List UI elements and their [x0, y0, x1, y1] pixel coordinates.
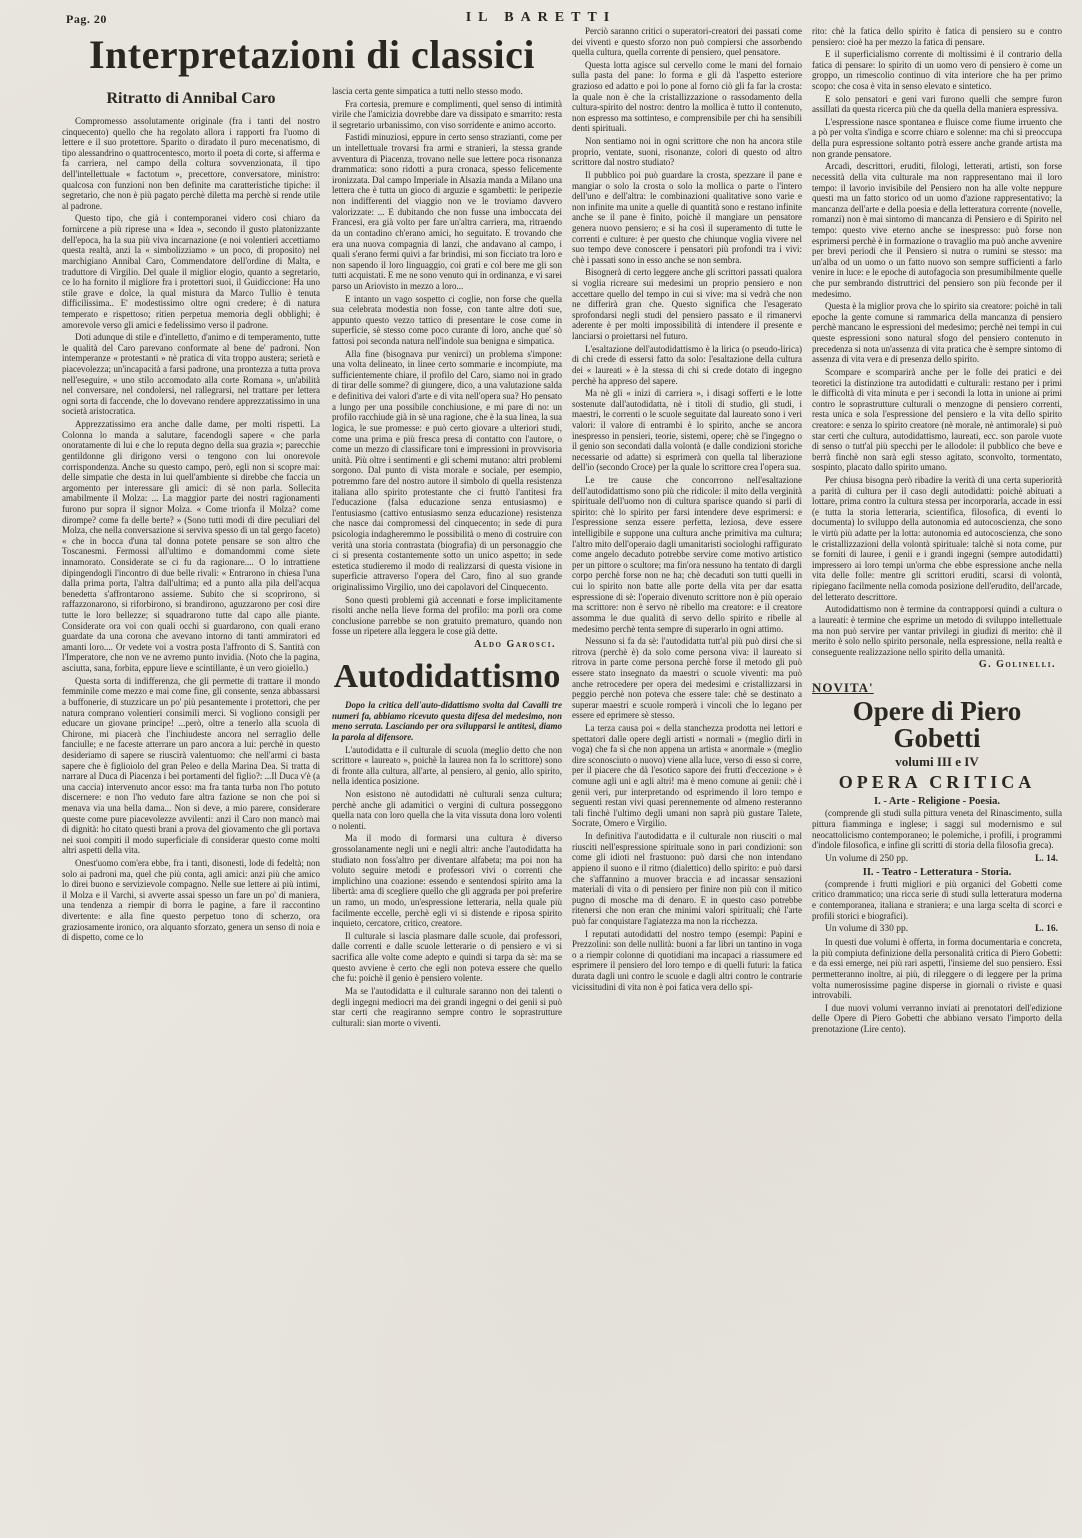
column-4-text: rito: chè la fatica dello spirito è fati… [812, 26, 1062, 657]
ad-item-2-volume: Un volume di 330 pp. [812, 924, 908, 934]
paragraph: Questo tipo, che già i contemporanei vid… [62, 213, 320, 330]
ad-item-2-body: (comprende i frutti migliori e più organ… [812, 879, 1062, 921]
ad-item-1-body: (comprende gli studi sulla pittura venet… [812, 808, 1062, 850]
autodidattismo-headline: Autodidattismo [332, 660, 562, 694]
column-1-text: Compromesso assolutamente originale (fra… [62, 116, 320, 943]
paragraph: Scompare e scomparirà anche per le folle… [812, 367, 1062, 473]
paragraph: Autodidattismo non è termine da contrapp… [812, 604, 1062, 657]
editorial-intro: Dopo la critica dell'auto-didattismo svo… [332, 700, 562, 742]
newspaper-page: Pag. 20 IL BARETTI Interpretazioni di cl… [0, 0, 1082, 1538]
paragraph: Il pubblico poi può guardare la crosta, … [572, 170, 802, 265]
column-1: Ritratto di Annibal Caro Compromesso ass… [62, 86, 320, 945]
paragraph: Alla fine (bisognava pur venirci) un pro… [332, 349, 562, 593]
column-3: Perciò saranno critici o superatori-crea… [572, 26, 802, 994]
paragraph: Bisognerà di certo leggere anche gli scr… [572, 267, 802, 341]
book-ad: NOVITA' Opere di Piero Gobetti volumi II… [812, 680, 1062, 1034]
signature-golinelli: G. Golinelli. [812, 659, 1056, 670]
column-2: lascia certa gente simpatica a tutti nel… [332, 86, 562, 1030]
ad-item-1-priceline: Un volume di 250 pp. L. 14. [812, 854, 1058, 864]
column-2-autodidattismo-text: L'autodidatta e il culturale di scuola (… [332, 745, 562, 1029]
paragraph: E solo pensatori e geni vari furono quel… [812, 94, 1062, 115]
column-4: rito: chè la fatica dello spirito è fati… [812, 26, 1062, 1037]
column-3-text: Perciò saranno critici o superatori-crea… [572, 26, 802, 992]
paragraph: Non sentiamo noi in ogni scrittore che n… [572, 136, 802, 168]
paragraph: L'esaltazione dell'autodidattismo è la l… [572, 344, 802, 386]
article-subhead: Ritratto di Annibal Caro [62, 90, 320, 108]
paragraph: In questi due volumi è offerta, in forma… [812, 937, 1062, 1001]
paragraph: La terza causa poi « della stanchezza pr… [572, 723, 802, 829]
ad-item-2-price: L. 16. [1035, 924, 1058, 934]
ad-item-2: II. - Teatro - Letteratura - Storia. (co… [812, 867, 1062, 934]
ad-item-2-heading: II. - Teatro - Letteratura - Storia. [812, 867, 1062, 878]
paragraph: Questa lotta agisce sul cervello come le… [572, 60, 802, 134]
paragraph: Arcadi, descrittori, eruditi, filologi, … [812, 161, 1062, 299]
paragraph: Questa è la miglior prova che lo spirito… [812, 301, 1062, 365]
paragraph: E il superficialismo corrente di moltiss… [812, 49, 1062, 91]
two-column-body: Ritratto di Annibal Caro Compromesso ass… [62, 86, 562, 1030]
paragraph: Non esistono nè autodidatti nè culturali… [332, 789, 562, 831]
column-2-text: lascia certa gente simpatica a tutti nel… [332, 86, 562, 637]
paragraph: lascia certa gente simpatica a tutti nel… [332, 86, 562, 97]
paragraph: I reputati autodidatti del nostro tempo … [572, 929, 802, 993]
novita-label: NOVITA' [812, 680, 1062, 696]
ad-closing-text: In questi due volumi è offerta, in forma… [812, 937, 1062, 1034]
ad-subtitle: volumi III e IV [812, 754, 1062, 770]
paragraph: Questa sorta di indifferenza, che gli pe… [62, 676, 320, 856]
ad-section-title: OPERA CRITICA [812, 772, 1062, 793]
paragraph: Il culturale si lascia plasmare dalle sc… [332, 931, 562, 984]
paragraph: Fra cortesia, premure e complimenti, que… [332, 99, 562, 131]
paragraph: Perciò saranno critici o superatori-crea… [572, 26, 802, 58]
article-interpretazioni: Interpretazioni di classici Ritratto di … [62, 34, 562, 1030]
ad-item-1-heading: I. - Arte - Religione - Poesia. [812, 796, 1062, 807]
paragraph: Sono questi problemi già accennati e for… [332, 595, 562, 637]
paragraph: rito: chè la fatica dello spirito è fati… [812, 26, 1062, 47]
paragraph: Per chiusa bisogna però ribadire la veri… [812, 475, 1062, 602]
paragraph: Le tre cause che concorrono nell'esaltaz… [572, 475, 802, 634]
paragraph: Onest'uomo com'era ebbe, fra i tanti, di… [62, 858, 320, 943]
paragraph: L'autodidatta e il culturale di scuola (… [332, 745, 562, 787]
ad-title: Opere di Piero Gobetti [812, 698, 1062, 752]
ad-item-2-priceline: Un volume di 330 pp. L. 16. [812, 924, 1058, 934]
paragraph: L'espressione nasce spontanea e fluisce … [812, 117, 1062, 159]
article-headline: Interpretazioni di classici [62, 34, 562, 76]
paragraph: Nessuno si fa da sè: l'autodidatta tutt'… [572, 636, 802, 721]
paragraph: Doti adunque di stile e d'intelletto, d'… [62, 332, 320, 417]
paragraph: In definitiva l'autodidatta e il cultura… [572, 831, 802, 926]
paragraph: Fastidi minuziosi, eppure in certo senso… [332, 132, 562, 291]
ad-item-1-price: L. 14. [1035, 854, 1058, 864]
signature-garosci: Aldo Garosci. [332, 639, 556, 650]
paragraph: Apprezzatissimo era anche dalle dame, pe… [62, 419, 320, 674]
paragraph: Compromesso assolutamente originale (fra… [62, 116, 320, 211]
paragraph: Ma se l'autodidatta e il culturale saran… [332, 986, 562, 1028]
paragraph: Ma nè gli « inizi di carriera », i disag… [572, 388, 802, 473]
paragraph: Ma il modo di formarsi una cultura è div… [332, 833, 562, 928]
masthead: IL BARETTI [0, 10, 1082, 26]
ad-item-1: I. - Arte - Religione - Poesia. (compren… [812, 796, 1062, 863]
paragraph: I due nuovi volumi verranno inviati ai p… [812, 1003, 1062, 1035]
paragraph: E intanto un vago sospetto ci coglie, no… [332, 294, 562, 347]
ad-item-1-volume: Un volume di 250 pp. [812, 854, 908, 864]
